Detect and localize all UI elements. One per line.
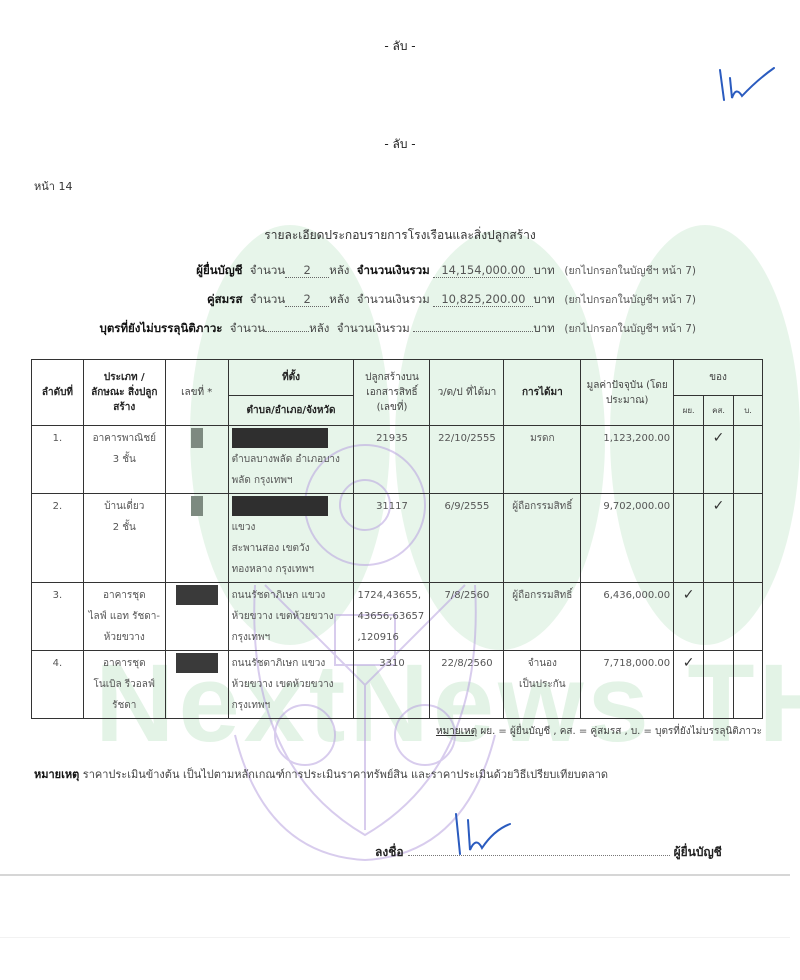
header-number: เลขที่ * <box>165 360 228 426</box>
classification-second: - ลับ - <box>0 135 800 154</box>
header-acquisition: การได้มา <box>504 360 581 426</box>
check-icon: ✓ <box>704 494 734 583</box>
header-owner-child: บ. <box>734 396 763 426</box>
owner-spouse-cell <box>704 651 734 719</box>
redacted-number <box>165 494 228 583</box>
abbreviation-legend: หมายเหตุ ผย. = ผู้ยื่นบัญชี , คส. = คู่ส… <box>436 724 762 739</box>
summary-row-filer: ผู้ยื่นบัญชี จำนวน2หลัง จำนวนเงินรวม 14,… <box>196 262 696 280</box>
table-row: 2. บ้านเดี่ยว2 ชั้น แขวงสะพานสอง เขตวังท… <box>32 494 763 583</box>
header-value: มูลค่าปัจจุบัน (โดยประมาณ) <box>581 360 674 426</box>
table-row: 3. อาคารชุดไลฟ์ แอท รัชดา-ห้วยขวาง ถนนรั… <box>32 583 763 651</box>
header-owner-filer: ผย. <box>674 396 704 426</box>
divider <box>0 874 790 876</box>
summary-row-spouse: คู่สมรส จำนวน2หลัง จำนวนเงินรวม 10,825,2… <box>207 291 696 309</box>
header-type: ประเภท / ลักษณะ สิ่งปลูกสร้าง <box>83 360 165 426</box>
owner-spouse-cell <box>704 583 734 651</box>
signature-initial-icon <box>712 58 782 108</box>
divider <box>0 937 790 938</box>
check-icon: ✓ <box>674 651 704 719</box>
table-row: 1. อาคารพาณิชย์3 ชั้น ตำบลบางพลัด อำเภอบ… <box>32 426 763 494</box>
header-owner-spouse: คส. <box>704 396 734 426</box>
classification-top: - ลับ - <box>0 37 800 56</box>
valuation-remark: หมายเหตุ ราคาประเมินข้างต้น เป็นไปตามหลั… <box>34 765 608 783</box>
redacted-number <box>165 583 228 651</box>
document-title: รายละเอียดประกอบรายการโรงเรือนและสิ่งปลู… <box>0 226 800 245</box>
header-date: ว/ด/ป ที่ได้มา <box>430 360 504 426</box>
header-no: ลำดับที่ <box>32 360 84 426</box>
header-deed: ปลูกสร้างบน เอกสารสิทธิ์ (เลขที่) <box>354 360 430 426</box>
owner-child-cell <box>734 426 763 494</box>
table-row: 4. อาคารชุดโนเบิล รีวอลฟ์รัชดา ถนนรัชดาภ… <box>32 651 763 719</box>
redacted-address <box>232 496 328 516</box>
header-owner: ของ <box>674 360 763 396</box>
redacted-number <box>165 651 228 719</box>
owner-child-cell <box>734 494 763 583</box>
check-icon: ✓ <box>674 583 704 651</box>
owner-filer-cell <box>674 426 704 494</box>
header-location: ที่ตั้ง <box>228 360 354 396</box>
signature-line: ลงชื่อผู้ยื่นบัญชี <box>375 843 722 862</box>
header-location-sub: ตำบล/อำเภอ/จังหวัด <box>228 396 354 426</box>
buildings-table: ลำดับที่ ประเภท / ลักษณะ สิ่งปลูกสร้าง เ… <box>31 359 763 719</box>
owner-child-cell <box>734 651 763 719</box>
summary-row-children: บุตรที่ยังไม่บรรลุนิติภาวะ จำนวนหลัง จำน… <box>100 320 696 338</box>
page-number: หน้า 14 <box>34 177 72 195</box>
owner-filer-cell <box>674 494 704 583</box>
owner-child-cell <box>734 583 763 651</box>
check-icon: ✓ <box>704 426 734 494</box>
redacted-address <box>232 428 328 448</box>
redacted-number <box>165 426 228 494</box>
